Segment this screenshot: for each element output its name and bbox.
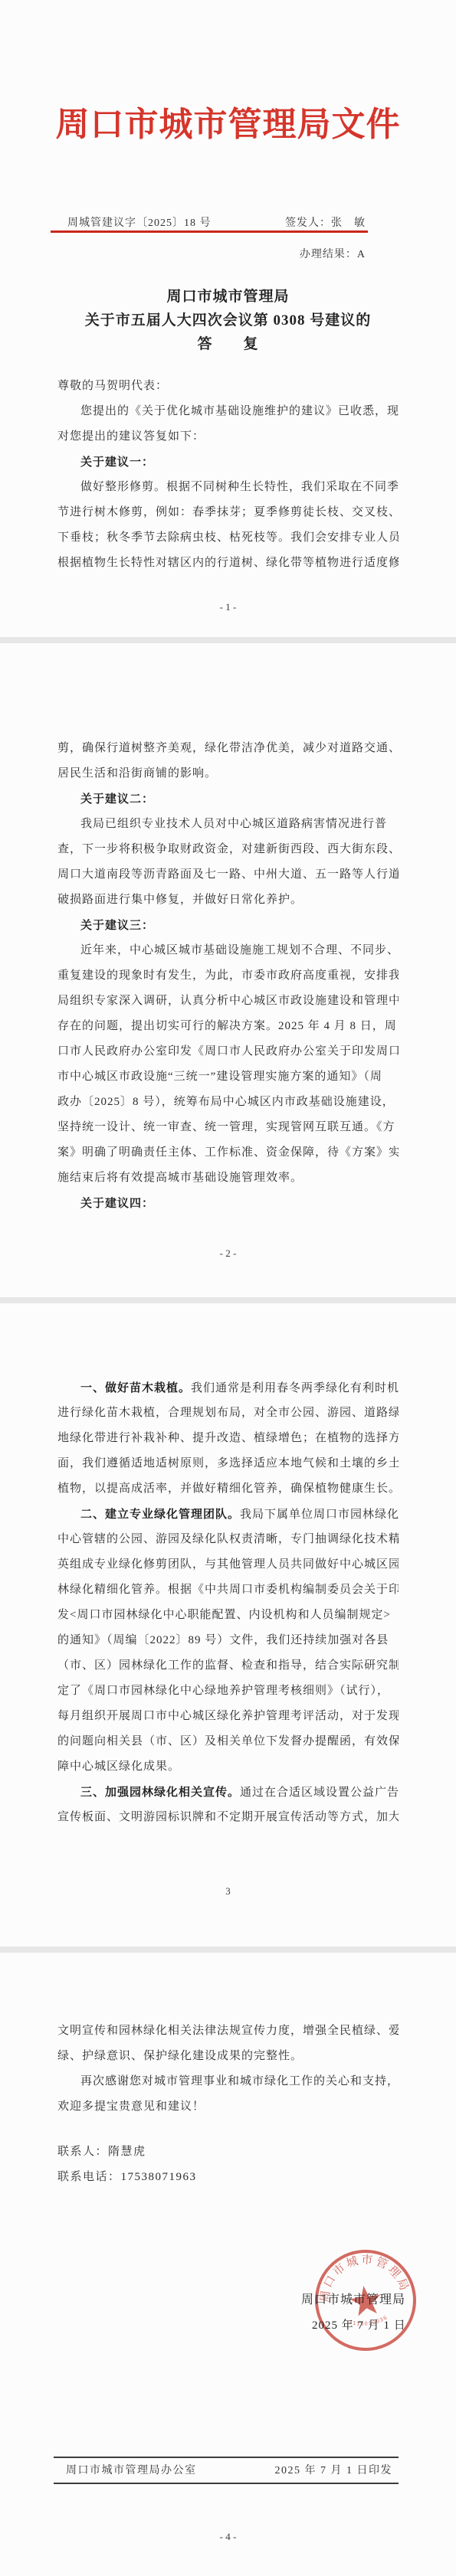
text-line: 破损路面进行集中修复，并做好日常化养护。	[57, 888, 399, 913]
document-page-3: 一、做好苗木栽植。我们通常是利用春冬两季绿化有利时机进行绿化苗木栽植，合理规划布…	[0, 1303, 456, 1947]
text-line: 坚持统一设计、统一审查、统一管理，实现管网互联互通。《方	[57, 1115, 399, 1140]
text-line: 英组成专业绿化修剪团队，与其他管理人员共同做好中心城区园	[57, 1552, 399, 1577]
page-number: - 2 -	[0, 1246, 456, 1261]
text-line: 一、做好苗木栽植。我们通常是利用春冬两季绿化有利时机	[57, 1375, 399, 1401]
text-line: 下垂枝；秋冬季节去除病虫枝、枯死枝等。我们会安排专业人员	[57, 525, 399, 551]
page4-body-text: 文明宣传和园林绿化相关法律法规宣传力度，增强全民植绿、爱绿、护绿意识、保护绿化建…	[57, 2019, 399, 2120]
text-line: 植物，以提高成活率，并做好精细化管养，确保植物健康生长。	[57, 1476, 399, 1502]
text-line: 的问题向相关县（市、区）及相关单位下发督办提醒函，有效保	[57, 1729, 399, 1754]
text-line: 绿、护绿意识、保护绿化建设成果的完整性。	[57, 2044, 399, 2069]
text-line: 三、加强园林绿化相关宣传。通过在合适区域设置公益广告、	[57, 1780, 399, 1805]
text-line: 周口大道南段等沥青路面及七一路、中州大道、五一路等人行道	[57, 862, 399, 888]
document-title: 周口市城市管理局 关于市五届人大四次会议第 0308 号建议的 答 复	[0, 285, 456, 356]
text-line: 尊敬的马贺明代表：	[57, 374, 399, 399]
contact-person: 联系人：隋慧虎	[57, 2140, 197, 2165]
signature-date: 2025 年 7 月 1 日	[312, 2317, 406, 2334]
text-line-bold-lead: 三、加强园林绿化相关宣传。	[80, 1786, 240, 1799]
document-title-line1: 周口市城市管理局	[0, 285, 456, 309]
document-scan-view: 周口市城市管理局文件 周城管建议字〔2025〕18 号 签发人：张 敏 办理结果…	[0, 0, 456, 2576]
text-line: 重复建设的现象时有发生，为此，市委市政府高度重视，安排我	[57, 963, 399, 989]
text-line: 欢迎多提宝贵意见和建议！	[57, 2094, 399, 2120]
text-line: 宣传板面、文明游园标识牌和不定期开展宣传活动等方式，加大	[57, 1805, 399, 1830]
text-line: 做好整形修剪。根据不同树种生长特性，我们采取在不同季	[57, 475, 399, 500]
red-divider-rule	[51, 230, 368, 233]
text-line: 关于建议一：	[57, 449, 399, 475]
text-line: 剪，确保行道树整齐美观，绿化带洁净优美，减少对道路交通、	[57, 736, 399, 761]
text-line: 发<周口市园林绿化中心职能配置、内设机构和人员编制规定>	[57, 1603, 399, 1628]
text-line: 您提出的《关于优化城市基础设施维护的建议》已收悉，现	[57, 399, 399, 424]
text-line: 根据植物生长特性对辖区内的行道树、绿化带等植物进行适度修	[57, 551, 399, 576]
text-line: 关于建议四：	[57, 1191, 399, 1216]
handling-result-label: 办理结果：A	[300, 246, 366, 261]
footer-rule-bottom	[54, 2483, 399, 2484]
text-line: 近年来，中心城区城市基础设施施工规划不合理、不同步、	[57, 938, 399, 963]
text-line: 市中心城区市政设施“三统一”建设管理实施方案的通知》（周	[57, 1064, 399, 1090]
contact-phone: 联系电话：17538071963	[57, 2165, 197, 2190]
text-line: 中心管辖的公园、游园及绿化队权责清晰，专门抽调绿化技术精	[57, 1527, 399, 1552]
document-title-line3: 答 复	[0, 332, 456, 356]
text-line: （市、区）园林绿化工作的监督、检查和指导，结合实际研究制	[57, 1653, 399, 1679]
page1-body-text: 尊敬的马贺明代表：您提出的《关于优化城市基础设施维护的建议》已收悉，现对您提出的…	[57, 374, 399, 576]
signer-label: 签发人：张 敏	[285, 214, 366, 230]
text-line: 文明宣传和园林绿化相关法律法规宣传力度，增强全民植绿、爱	[57, 2019, 399, 2044]
text-line: 局组织专家深入调研，认真分析中心城区市政设施建设和管理中	[57, 989, 399, 1014]
text-line: 面，我们遵循适地适树原则，多选择适应本地气候和土壤的乡土	[57, 1451, 399, 1476]
footer-issuing-office: 周口市城市管理局办公室	[66, 2462, 197, 2480]
text-line: 关于建议三：	[57, 913, 399, 938]
signature-org: 周口市城市管理局	[301, 2292, 405, 2309]
text-line: 居民生活和沿街商铺的影响。	[57, 761, 399, 786]
document-page-2: 剪，确保行道树整齐美观，绿化带洁净优美，减少对道路交通、居民生活和沿街商铺的影响…	[0, 643, 456, 1297]
text-line: 口市人民政府办公室印发《周口市人民政府办公室关于印发周口	[57, 1039, 399, 1064]
text-line: 查，下一步将积极争取财政资金，对建新街西段、西大街东段、	[57, 837, 399, 862]
footer-rule-top	[54, 2457, 399, 2458]
text-line: 对您提出的建议答复如下：	[57, 424, 399, 449]
document-number: 周城管建议字〔2025〕18 号	[67, 214, 212, 230]
text-line: 案》明确了明确责任主体、工作标准、资金保障，待《方案》实	[57, 1140, 399, 1165]
text-line-bold-lead: 一、做好苗木栽植。	[80, 1381, 191, 1394]
document-page-1: 周口市城市管理局文件 周城管建议字〔2025〕18 号 签发人：张 敏 办理结果…	[0, 0, 456, 637]
text-line: 关于建议二：	[57, 786, 399, 812]
red-letterhead-banner: 周口市城市管理局文件	[0, 96, 456, 145]
text-line: 我局已组织专业技术人员对中心城区道路病害情况进行普	[57, 812, 399, 837]
text-line: 存在的问题，提出切实可行的解决方案。2025 年 4 月 8 日，周	[57, 1014, 399, 1039]
text-line: 节进行树木修剪，例如：春季抹芽；夏季修剪徒长枝、交叉枝、	[57, 500, 399, 525]
text-line: 施结束后将有效提高城市基础设施管理效率。	[57, 1165, 399, 1191]
text-line: 的通知》（周编〔2022〕89 号）文件，我们还持续加强对各县	[57, 1628, 399, 1653]
page-number: 3	[0, 1884, 456, 1899]
document-page-4: 文明宣传和园林绿化相关法律法规宣传力度，增强全民植绿、爱绿、护绿意识、保护绿化建…	[0, 1953, 456, 2576]
document-title-line2: 关于市五届人大四次会议第 0308 号建议的	[0, 309, 456, 332]
page2-body-text: 剪，确保行道树整齐美观，绿化带洁净优美，减少对道路交通、居民生活和沿街商铺的影响…	[57, 736, 399, 1216]
page-number: - 1 -	[0, 600, 456, 615]
page3-body-text: 一、做好苗木栽植。我们通常是利用春冬两季绿化有利时机进行绿化苗木栽植，合理规划布…	[57, 1375, 399, 1830]
text-line: 进行绿化苗木栽植，合理规划布局，对全市公园、游园、道路绿	[57, 1401, 399, 1426]
text-line: 二、建立专业绿化管理团队。我局下属单位周口市园林绿化	[57, 1502, 399, 1527]
text-line-bold-lead: 二、建立专业绿化管理团队。	[80, 1508, 240, 1521]
text-line: 每月组织开展周口市中心城区绿化养护管理考评活动，对于发现	[57, 1704, 399, 1729]
text-line: 障中心城区绿化成果。	[57, 1754, 399, 1780]
text-line: 地绿化带进行补栽补种、提升改造、植绿增色；在植物的选择方	[57, 1426, 399, 1451]
page-number: - 4 -	[0, 2529, 456, 2545]
text-line: 政办〔2025〕8 号），统筹布局中心城区内市政基础设施建设，	[57, 1090, 399, 1115]
text-line: 再次感谢您对城市管理事业和城市绿化工作的关心和支持，	[57, 2069, 399, 2094]
text-line: 林绿化精细化管养。根据《中共周口市委机构编制委员会关于印	[57, 1577, 399, 1603]
text-line: 定了《周口市园林绿化中心绿地养护管理考核细则》（试行），	[57, 1679, 399, 1704]
contact-block: 联系人：隋慧虎 联系电话：17538071963	[57, 2140, 197, 2190]
footer-print-date: 2025 年 7 月 1 日印发	[275, 2462, 393, 2480]
